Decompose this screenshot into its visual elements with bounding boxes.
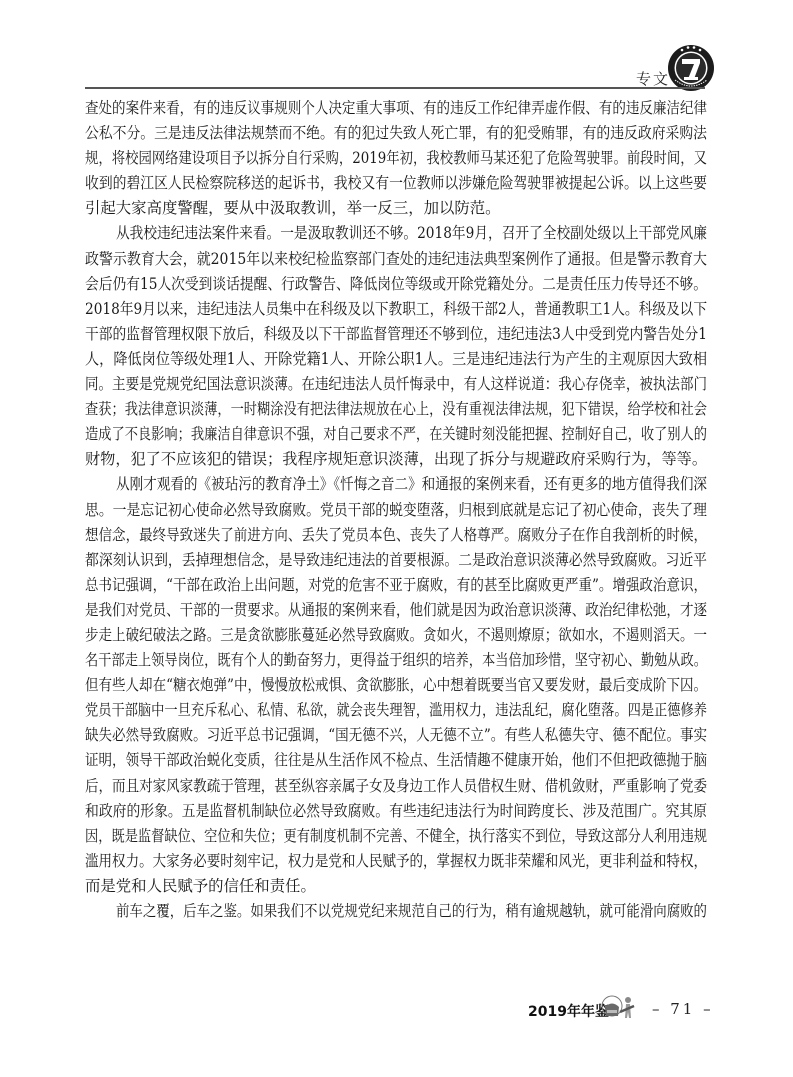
text-line: 而是党和人民赋予的信任和责任。 <box>85 874 707 899</box>
text-line: 想信念，最终导致迷失了前进方向、丢失了党员本色、丧失了人格尊严。腐败分子在作自我… <box>85 523 707 548</box>
text-line: 后，而且对家风家教疏于管理，甚至纵容亲属子女及身边工作人员借权生财、借机敛财，严… <box>85 774 707 799</box>
text-line: 是我们对党员、干部的一贯要求。从通报的案例来看，他们就是因为政治意识淡薄、政治纪… <box>85 598 707 623</box>
text-line: 前车之覆，后车之鉴。如果我们不以党规党纪来规范自己的行为，稍有逾规越轨，就可能滑… <box>85 899 707 924</box>
text-line: 人，降低岗位等级处理1人、开除党籍1人、开除公职1人。三是违纪违法行为产生的主观… <box>85 347 707 372</box>
text-line: 党员干部脑中一旦充斥私心、私情、私欲，就会丧失理智，滥用权力，违法乱纪，腐化堕落… <box>85 698 707 723</box>
yearbook-mascot-icon <box>600 994 636 1024</box>
text-line: 查获；我法律意识淡薄，一时糊涂没有把法律法规放在心上，没有重视法律法规，犯下错误… <box>85 397 707 422</box>
document-page: 专文 查处的案件来看，有的违反议事规则个人决定重大事项、有的违反工作纪律弄虚作假… <box>0 0 793 1077</box>
text-line: 证明，领导干部政治蜕化变质，往往是从生活作风不检点、生活情趣不健康开始，他们不但… <box>85 748 707 773</box>
page-footer: 2019年年鉴 – 71 – <box>0 996 793 1026</box>
text-line: 查处的案件来看，有的违反议事规则个人决定重大事项、有的违反工作纪律弄虚作假、有的… <box>85 96 707 121</box>
text-line: 缺失必然导致腐败。习近平总书记强调，“国无德不兴，人无德不立”。有些人私德失守、… <box>85 723 707 748</box>
text-line: 同。主要是党规党纪国法意识淡薄。在违纪违法人员忏悔录中，有人这样说道：我心存侥幸… <box>85 372 707 397</box>
text-line: 引起大家高度警醒，要从中汲取教训，举一反三，加以防范。 <box>85 196 707 221</box>
text-line: 总书记强调，“干部在政治上出问题，对党的危害不亚于腐败，有的甚至比腐败更严重”。… <box>85 573 707 598</box>
text-line: 和政府的形象。五是监督机制缺位必然导致腐败。有些违纪违法行为时间跨度长、涉及范围… <box>85 799 707 824</box>
text-line: 从我校违纪违法案件来看。一是汲取教训还不够。2018年9月，召开了全校副处级以上… <box>85 221 707 246</box>
text-line: 但有些人却在“糖衣炮弹”中，慢慢放松戒惧、贪欲膨胀，心中想着既要当官又要发财，最… <box>85 673 707 698</box>
text-line: 思。一是忘记初心使命必然导致腐败。党员干部的蜕变堕落，归根到底就是忘记了初心使命… <box>85 498 707 523</box>
text-line: 财物，犯了不应该犯的错误；我程序规矩意识淡薄，出现了拆分与规避政府采购行为，等等… <box>85 447 707 472</box>
page-number: – 71 – <box>652 1000 714 1018</box>
text-line: 公私不分。三是违反法律法规禁而不绝。有的犯过失致人死亡罪，有的犯受贿罪，有的违反… <box>85 121 707 146</box>
text-line: 2018年9月以来，违纪违法人员集中在科级及以下教职工，科级干部2人，普通教职工… <box>85 297 707 322</box>
text-line: 都深刻认识到，丢掉理想信念，是导致违纪违法的首要根源。二是政治意识淡薄必然导致腐… <box>85 548 707 573</box>
text-line: 干部的监督管理权限下放后，科级及以下干部监督管理还不够到位，违纪违法3人中受到党… <box>85 322 707 347</box>
text-line: 政警示教育大会，就2015年以来校纪检监察部门查处的违纪违法典型案例作了通报。但… <box>85 247 707 272</box>
text-line: 滥用权力。大家务必要时刻牢记，权力是党和人民赋予的，掌握权力既非荣耀和风光，更非… <box>85 849 707 874</box>
text-line: 会后仍有15人次受到谈话提醒、行政警告、降低岗位等级或开除党籍处分。二是责任压力… <box>85 272 707 297</box>
text-line: 规，将校园网络建设项目予以拆分自行采购，2019年初，我校教师马某还犯了危险驾驶… <box>85 146 707 171</box>
text-line: 收到的碧江区人民检察院移送的起诉书，我校又有一位教师以涉嫌危险驾驶罪被提起公诉。… <box>85 171 707 196</box>
section-label: 专文 <box>636 68 670 89</box>
article-body: 查处的案件来看，有的违反议事规则个人决定重大事项、有的违反工作纪律弄虚作假、有的… <box>85 96 707 924</box>
text-line: 因，既是监督缺位、空位和失位；更有制度机制不完善、不健全，执行落实不到位，导致这… <box>85 824 707 849</box>
yearbook-label: 2019年年鉴 <box>528 1001 609 1021</box>
text-line: 造成了不良影响；我廉洁自律意识不强，对自己要求不严，在关键时刻没能把握、控制好自… <box>85 422 707 447</box>
text-line: 名干部走上领导岗位，既有个人的勤奋努力，更得益于组织的培养，本当倍加珍惜，坚守初… <box>85 648 707 673</box>
text-line: 步走上破纪破法之路。三是贪欲膨胀蔓延必然导致腐败。贪如火，不遏则燎原；欲如水，不… <box>85 623 707 648</box>
text-line: 从刚才观看的《被玷污的教育净土》《忏悔之音二》和通报的案例来看，还有更多的地方值… <box>85 472 707 497</box>
header-divider <box>85 87 705 89</box>
